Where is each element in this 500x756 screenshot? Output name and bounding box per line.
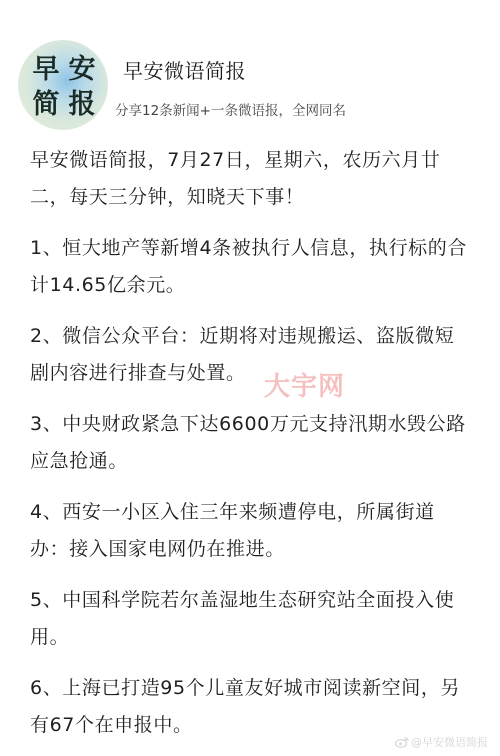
weibo-watermark: @早安微语简报 [395,734,488,750]
weibo-handle: @早安微语简报 [411,734,488,750]
avatar-char: 早 [33,56,60,83]
news-item-5: 5、中国科学院若尔盖湿地生态研究站全面投入使用。 [30,582,470,656]
avatar-char: 报 [69,91,96,118]
avatar[interactable]: 早 安 简 报 [18,40,108,130]
account-description: 分享12条新闻+一条微语报，全网同名 [115,99,346,119]
news-item-6: 6、上海已打造95个儿童友好城市阅读新空间，另有67个在申报中。 [30,670,470,744]
news-item-1: 1、恒大地产等新增4条被执行人信息，执行标的合计14.65亿余元。 [30,230,470,304]
post-header: 早 安 简 报 早安微语简报 分享12条新闻+一条微语报，全网同名 [0,0,500,140]
site-watermark: 大宇网 [264,366,345,403]
intro-paragraph: 早安微语简报，7月27日，星期六，农历六月廿二，每天三分钟，知晓天下事！ [30,142,470,216]
avatar-char: 简 [33,91,60,118]
account-name[interactable]: 早安微语简报 [123,55,246,84]
post-content: 早安微语简报，7月27日，星期六，农历六月廿二，每天三分钟，知晓天下事！ 1、恒… [30,142,470,756]
weibo-icon [395,736,409,748]
calligraphy-logo-icon: 早 安 简 报 [28,52,100,122]
news-item-4: 4、西安一小区入住三年来频遭停电，所属街道办：接入国家电网仍在推进。 [30,494,470,568]
news-item-2: 2、微信公众平台：近期将对违规搬运、盗版微短剧内容进行排查与处置。 [30,318,470,392]
avatar-char: 安 [69,56,96,83]
news-item-3: 3、中央财政紧急下达6600万元支持汛期水毁公路应急抢通。 [30,406,470,480]
